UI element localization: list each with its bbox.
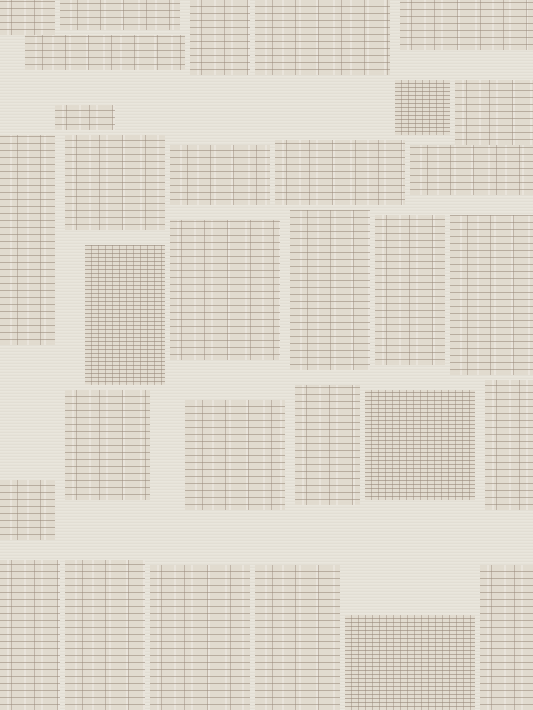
brick-pattern-patch: [170, 145, 270, 205]
brick-pattern-patch: [65, 560, 145, 710]
brick-pattern-patch: [60, 0, 180, 30]
brick-pattern-patch: [170, 220, 280, 360]
brick-pattern-patch: [485, 380, 533, 510]
brick-pattern-patch: [275, 140, 405, 205]
brick-pattern-patch: [255, 565, 340, 710]
brick-pattern-patch: [55, 105, 115, 130]
brick-pattern-patch: [150, 565, 250, 710]
brick-pattern-patch: [0, 135, 55, 345]
brick-pattern-patch: [65, 390, 150, 500]
rug-texture-photo: [0, 0, 533, 710]
brick-pattern-patch: [0, 480, 55, 540]
brick-pattern-patch: [400, 0, 533, 50]
brick-pattern-patch: [395, 80, 450, 135]
brick-pattern-patch: [375, 215, 445, 365]
brick-pattern-patch: [480, 565, 533, 710]
brick-pattern-patch: [185, 400, 285, 510]
brick-pattern-patch: [25, 35, 185, 70]
brick-pattern-patch: [450, 215, 533, 375]
brick-pattern-patch: [290, 210, 370, 370]
brick-pattern-patch: [85, 245, 165, 385]
brick-pattern-patch: [0, 0, 55, 35]
brick-pattern-patch: [365, 390, 475, 500]
brick-pattern-patch: [65, 135, 165, 230]
brick-pattern-patch: [455, 80, 533, 145]
brick-pattern-patch: [255, 0, 390, 75]
brick-pattern-patch: [345, 615, 475, 710]
brick-pattern-patch: [0, 560, 60, 710]
brick-pattern-patch: [410, 145, 533, 195]
brick-pattern-patch: [295, 385, 360, 505]
brick-pattern-patch: [190, 0, 250, 75]
